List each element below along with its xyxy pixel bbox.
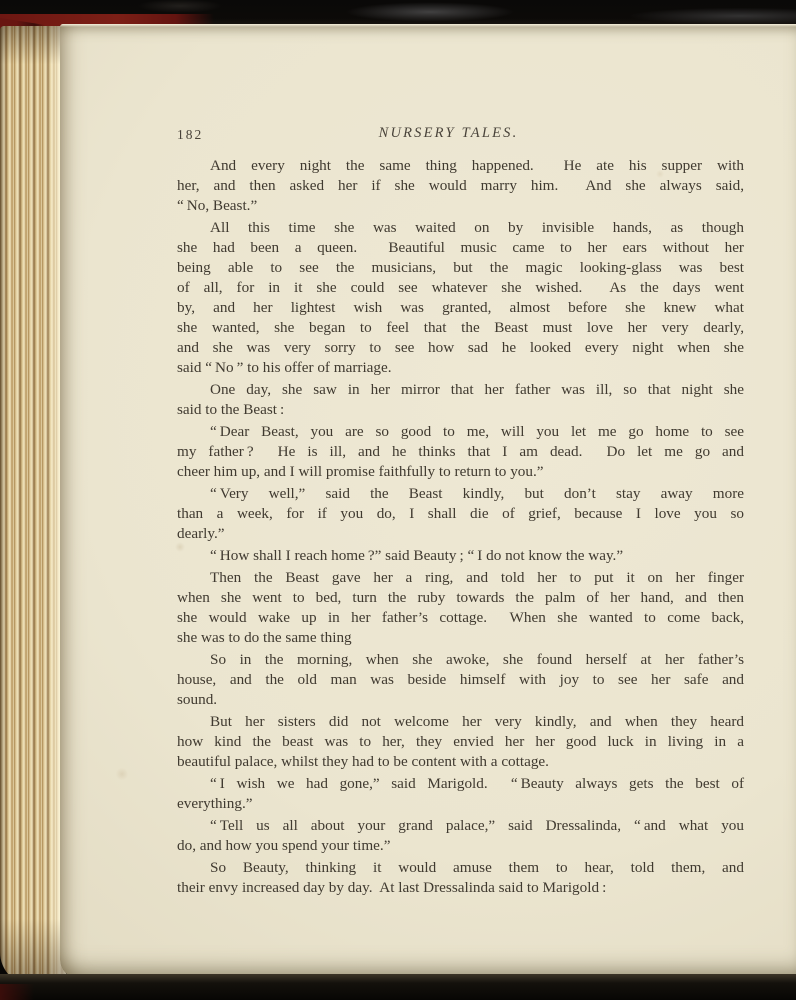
text-line: said “ No ” to his offer of marriage. — [177, 358, 744, 378]
text-line: So Beauty, thinking it would amuse them … — [177, 858, 744, 878]
text-line: than a week, for if you do, I shall die … — [177, 504, 744, 524]
paragraph: “ Tell us all about your grand palace,” … — [177, 816, 744, 856]
text-line: my father ? He is ill, and he thinks tha… — [177, 442, 744, 462]
paragraph: “ Very well,” said the Beast kindly, but… — [177, 484, 744, 544]
text-line: beautiful palace, whilst they had to be … — [177, 752, 744, 772]
paragraph: Then the Beast gave her a ring, and told… — [177, 568, 744, 648]
text-line: All this time she was waited on by invis… — [177, 218, 744, 238]
text-line: her, and then asked her if she would mar… — [177, 176, 744, 196]
background-bottom — [0, 974, 796, 1000]
paragraph: But her sisters did not welcome her very… — [177, 712, 744, 772]
text-line: Then the Beast gave her a ring, and told… — [177, 568, 744, 588]
page-fore-edges — [0, 26, 66, 986]
text-line: “ Tell us all about your grand palace,” … — [177, 816, 744, 836]
paragraph: One day, she saw in her mirror that her … — [177, 380, 744, 420]
text-line: house, and the old man was beside himsel… — [177, 670, 744, 690]
text-line: dearly.” — [177, 524, 744, 544]
book-page: 182 NURSERY TALES. And every night the s… — [60, 24, 796, 978]
book-photo: 182 NURSERY TALES. And every night the s… — [0, 0, 796, 1000]
text-line: “ How shall I reach home ?” said Beauty … — [177, 546, 744, 566]
text-line: One day, she saw in her mirror that her … — [177, 380, 744, 400]
text-line: everything.” — [177, 794, 744, 814]
text-line: sound. — [177, 690, 744, 710]
text-line: by, and her lightest wish was granted, a… — [177, 298, 744, 318]
book-cover-bottom-hint — [0, 984, 34, 1000]
text-line: “ No, Beast.” — [177, 196, 744, 216]
running-header: 182 NURSERY TALES. — [177, 125, 744, 145]
text-line: of all, for in it she could see whatever… — [177, 278, 744, 298]
text-line: “ Very well,” said the Beast kindly, but… — [177, 484, 744, 504]
paragraph: All this time she was waited on by invis… — [177, 218, 744, 378]
text-line: cheer him up, and I will promise faithfu… — [177, 462, 744, 482]
paragraph: “ How shall I reach home ?” said Beauty … — [177, 546, 744, 566]
text-line: she wanted, she began to feel that the B… — [177, 318, 744, 338]
running-title: NURSERY TALES. — [165, 125, 732, 142]
text-line: she had been a queen. Beautiful music ca… — [177, 238, 744, 258]
paragraph: “ Dear Beast, you are so good to me, wil… — [177, 422, 744, 482]
paragraph: “ I wish we had gone,” said Marigold. “ … — [177, 774, 744, 814]
paragraph: So Beauty, thinking it would amuse them … — [177, 858, 744, 898]
text-line: “ I wish we had gone,” said Marigold. “ … — [177, 774, 744, 794]
paragraph: So in the morning, when she awoke, she f… — [177, 650, 744, 710]
text-line: when she went to bed, turn the ruby towa… — [177, 588, 744, 608]
text-line: So in the morning, when she awoke, she f… — [177, 650, 744, 670]
text-line: she would wake up in her father’s cottag… — [177, 608, 744, 628]
text-line: do, and how you spend your time.” — [177, 836, 744, 856]
text-line: and she was very sorry to see how sad he… — [177, 338, 744, 358]
text-line: “ Dear Beast, you are so good to me, wil… — [177, 422, 744, 442]
text-line: how kind the beast was to her, they envi… — [177, 732, 744, 752]
page-text: And every night the same thing happened.… — [177, 156, 744, 898]
text-line: their envy increased day by day. At last… — [177, 878, 744, 898]
text-line: being able to see the musicians, but the… — [177, 258, 744, 278]
text-line: But her sisters did not welcome her very… — [177, 712, 744, 732]
text-line: said to the Beast : — [177, 400, 744, 420]
text-line: And every night the same thing happened.… — [177, 156, 744, 176]
paragraph: And every night the same thing happened.… — [177, 156, 744, 216]
text-line: she was to do the same thing — [177, 628, 744, 648]
